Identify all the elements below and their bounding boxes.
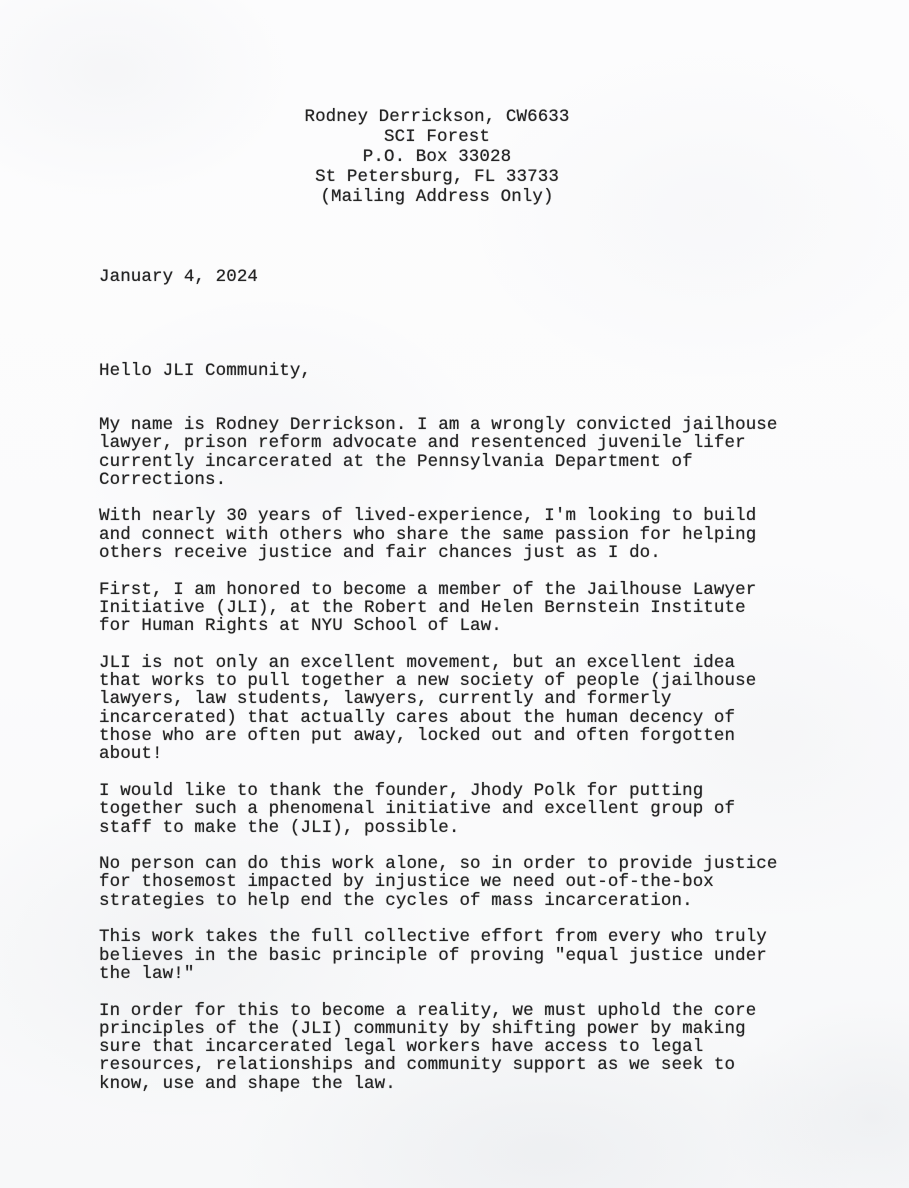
paragraph-intro: My name is Rodney Derrickson. I am a wro… xyxy=(99,416,839,489)
paragraph-thanks-founder: I would like to thank the founder, Jhody… xyxy=(99,782,839,837)
letter-date: January 4, 2024 xyxy=(99,268,258,286)
paragraph-jli-movement: JLI is not only an excellent movement, b… xyxy=(99,654,839,764)
letter-greeting: Hello JLI Community, xyxy=(99,362,311,380)
sender-address-block: Rodney Derrickson, CW6633 SCI Forest P.O… xyxy=(0,107,874,207)
scanned-letter-page: Rodney Derrickson, CW6633 SCI Forest P.O… xyxy=(0,0,909,1188)
paragraph-collective-effort: This work takes the full collective effo… xyxy=(99,928,839,983)
letter-body: My name is Rodney Derrickson. I am a wro… xyxy=(99,416,839,1093)
paragraph-experience: With nearly 30 years of lived-experience… xyxy=(99,507,839,562)
paragraph-jli-membership: First, I am honored to become a member o… xyxy=(99,581,839,636)
paragraph-core-principles: In order for this to become a reality, w… xyxy=(99,1002,839,1093)
paragraph-no-person-alone: No person can do this work alone, so in … xyxy=(99,855,839,910)
